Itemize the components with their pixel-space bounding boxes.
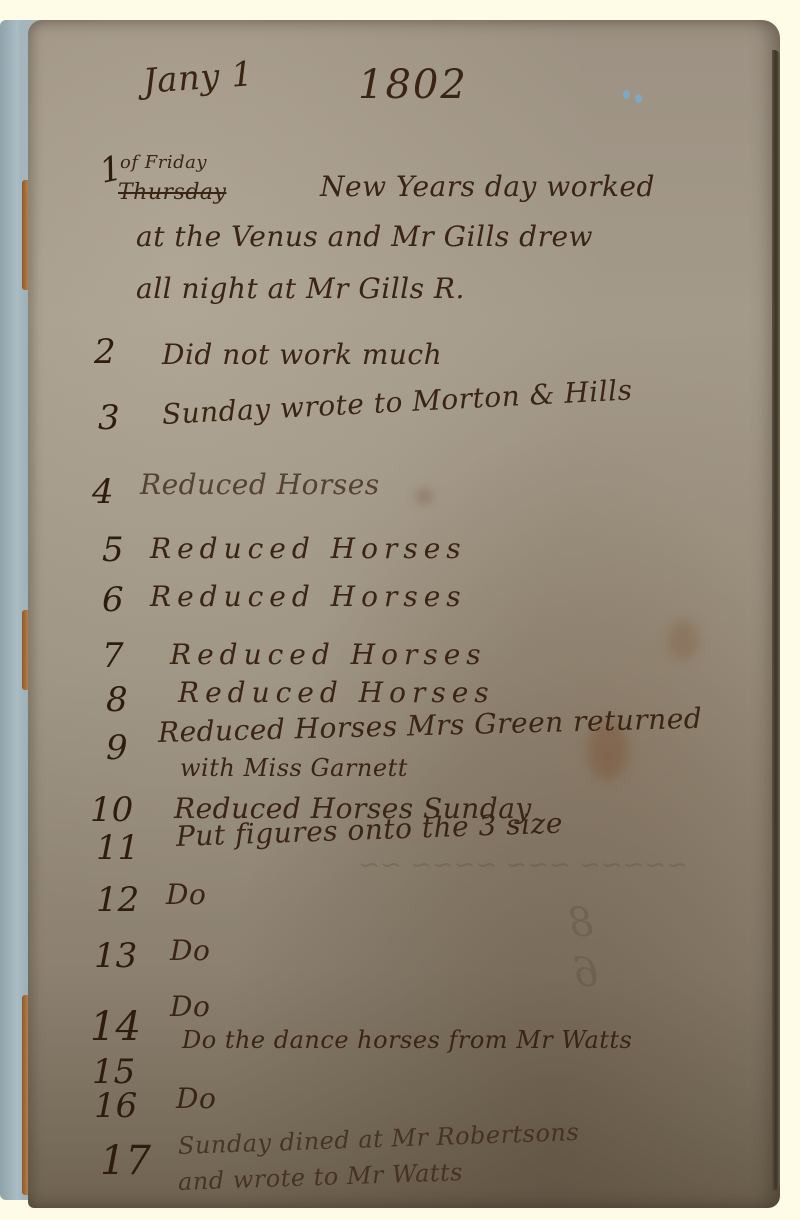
day-number: 11 (96, 828, 139, 868)
blue-spot (635, 94, 642, 103)
day-number: 17 (100, 1138, 151, 1184)
bleed-through-text: ~~~~~ ~~~ ~~~~ ~~ (358, 850, 688, 880)
entry-line: at the Venus and Mr Gills drew (136, 220, 593, 253)
entry-line: Did not work much (162, 338, 442, 371)
entry-line: Reduced Horses (150, 532, 467, 565)
weekday-struck: Thursday (118, 180, 226, 205)
day-number: 10 (90, 790, 133, 830)
entry-line: Do (176, 1082, 216, 1115)
entry-line: Reduced Horses (178, 676, 495, 709)
day-number: 14 (90, 1004, 141, 1050)
ink-stain (668, 620, 698, 660)
day-number: 3 (98, 398, 120, 438)
header-year: 1802 (358, 62, 468, 108)
bleed-through-text: 8 (568, 900, 593, 946)
entry-line: Sunday dined at Mr Robertsons (178, 1118, 580, 1160)
entry-line: New Years day worked (320, 170, 655, 203)
header-date: Jany 1 (142, 54, 255, 102)
entry-line: Reduced Horses (170, 638, 487, 671)
ink-stain (418, 490, 430, 502)
day-number: 4 (92, 472, 114, 512)
day-number: 2 (94, 332, 116, 372)
day-number: 9 (106, 728, 128, 768)
page-edge (772, 50, 780, 1190)
entry-line: all night at Mr Gills R. (136, 272, 465, 305)
blue-spot (623, 90, 630, 99)
diary-page: ~~~~~ ~~~ ~~~~ ~~ 8 6 Jany 1 1802 1 of F… (28, 20, 780, 1208)
entry-line: with Miss Garnett (180, 754, 408, 782)
bleed-through-text: 6 (573, 950, 598, 996)
day-number: 7 (102, 636, 124, 676)
day-number: 16 (94, 1086, 137, 1126)
day-number: 5 (102, 530, 124, 570)
entry-line: Do (166, 878, 206, 911)
entry-line: and wrote to Mr Watts (178, 1158, 464, 1196)
entry-line: Do the dance horses from Mr Watts (182, 1026, 632, 1054)
entry-line: Reduced Horses (150, 580, 467, 613)
day-number: 6 (102, 580, 124, 620)
entry-line: Sunday wrote to Morton & Hills (161, 373, 633, 431)
entry-line: Do (170, 934, 210, 967)
day-number: 12 (96, 880, 139, 920)
day-number: 8 (106, 680, 128, 720)
entry-line: Reduced Horses (140, 468, 380, 501)
day-number: 13 (94, 936, 137, 976)
weekday-note: of Friday (120, 152, 207, 173)
entry-line: Do (170, 990, 210, 1023)
